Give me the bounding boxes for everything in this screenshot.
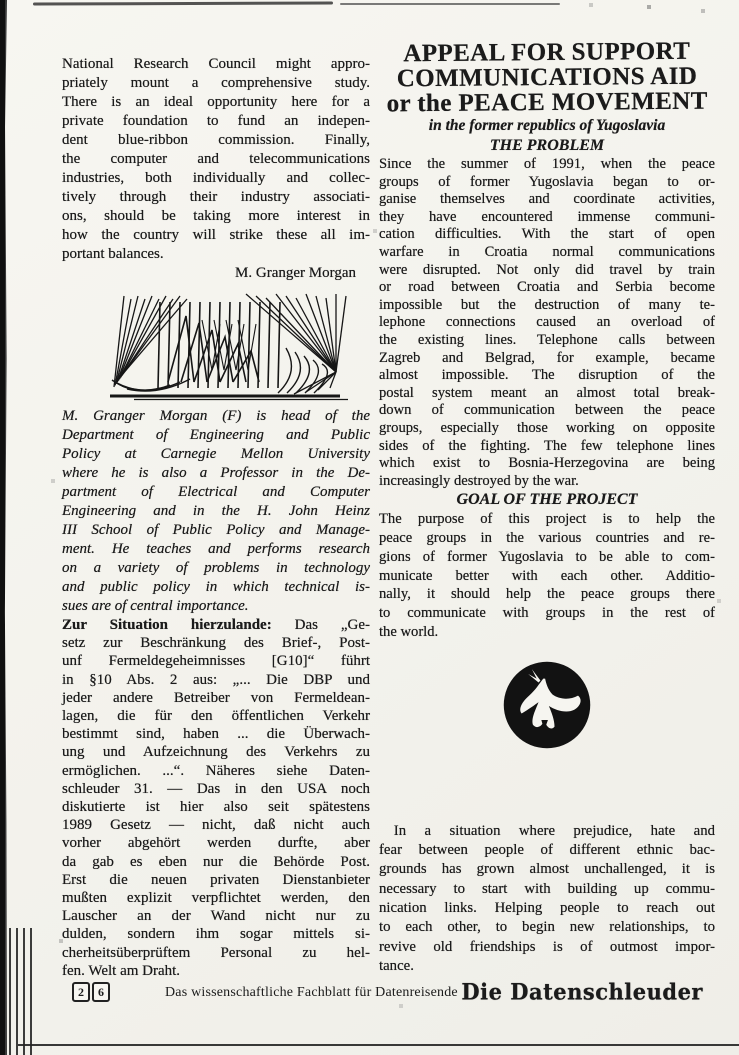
paragraph-author-bio: M. Granger Morgan (F) is head of theDepa…: [62, 407, 370, 616]
article-title: APPEAL FOR SUPPORT COMMUNICATIONS AID or…: [379, 39, 716, 117]
paragraph-national-research: National Research Council might appro-pr…: [62, 55, 370, 264]
page-footer: 2 6 Das wissenschaftliche Fachblatt für …: [0, 981, 739, 1011]
zur-situation-first-line: Zur Situation hierzulande: Das „Ge-: [62, 616, 370, 634]
paragraph-zur-situation: Zur Situation hierzulande: Das „Ge- setz…: [62, 616, 370, 980]
abstract-line-art-illustration: [98, 290, 360, 402]
paragraph-problem: Since the summer of 1991, when the peace…: [379, 156, 715, 490]
article-subtitle: in the former republics of Yugoslavia: [379, 116, 715, 136]
left-column: National Research Council might appro-pr…: [62, 55, 370, 980]
scan-noise-specks: [0, 0, 2, 2]
paragraph-goal: The purpose of this project is to help t…: [379, 510, 715, 642]
page-number-digit-1: 2: [72, 982, 90, 1002]
scan-edge-top-2: [340, 3, 560, 5]
author-signature: M. Granger Morgan: [62, 264, 370, 283]
zur-situation-body: setz zur Beschränkung des Brief-, Post-u…: [62, 634, 370, 980]
heading-the-problem: THE PROBLEM: [379, 136, 715, 156]
peace-dove-icon: [500, 658, 594, 752]
footer-tagline: Das wissenschaftliche Fachblatt für Date…: [165, 985, 458, 1001]
right-column: APPEAL FOR SUPPORT COMMUNICATIONS AID or…: [379, 40, 715, 976]
paragraph-closing: In a situation where prejudice, hate and…: [379, 822, 715, 976]
scan-edge-left: [0, 0, 7, 1055]
page-number: 2 6: [72, 982, 110, 1002]
title-line-3: or the PEACE MOVEMENT: [379, 89, 715, 117]
heading-goal-of-project: GOAL OF THE PROJECT: [379, 490, 715, 510]
magazine-masthead: Die Datenschleuder: [461, 978, 703, 1005]
zur-situation-lead-rest: Das „Ge-: [295, 617, 370, 633]
page-number-digit-2: 6: [92, 982, 110, 1002]
scan-edge-top: [33, 1, 333, 5]
scanned-magazine-page: National Research Council might appro-pr…: [0, 0, 739, 1055]
bottom-rule: [18, 1044, 739, 1046]
zur-situation-bold-lead: Zur Situation hierzulande:: [62, 617, 272, 633]
